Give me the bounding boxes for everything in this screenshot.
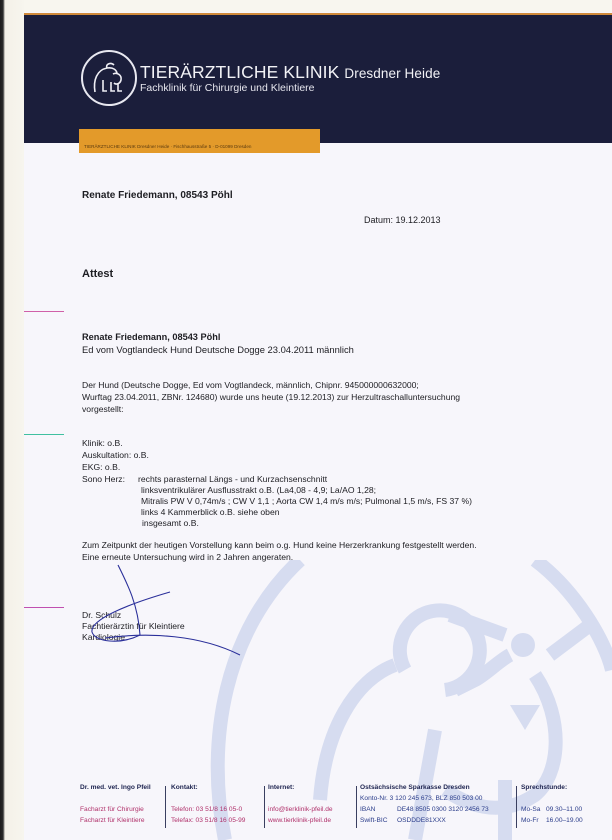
footer-bank-heading: Ostsächsische Sparkasse Dresden — [360, 784, 470, 791]
sono-line-3: Mitralis PW V 0,74m/s ; CW V 1,1 ; Aorta… — [141, 496, 472, 506]
finding-sono-label: Sono Herz: — [82, 474, 125, 484]
footer-internet-heading: Internet: — [268, 784, 294, 791]
fold-mark-top — [24, 311, 64, 312]
footer-fax: Telefax: 03 51/8 16 05-99 — [171, 817, 245, 824]
footer-bank-account: Konto-Nr. 3 120 245 673, BLZ 850 503 00 — [360, 795, 482, 802]
footer-divider — [165, 786, 166, 828]
finding-auskultation: Auskultation: o.B. — [82, 450, 149, 460]
clinic-subtitle: Fachklinik für Chirurgie und Kleintiere — [140, 82, 315, 94]
footer-divider — [356, 786, 357, 828]
footer-doctor-name: Dr. med. vet. Ingo Pfeil — [80, 784, 151, 791]
footer-hours-row2-time: 16.00–19.00 — [546, 817, 583, 824]
document-title: Attest — [82, 268, 113, 280]
punch-mark — [24, 434, 64, 435]
clinic-name-text: TIERÄRZTLICHE KLINIK — [140, 62, 339, 82]
intro-line-1: Der Hund (Deutsche Dogge, Ed vom Vogtlan… — [82, 380, 419, 390]
footer-hours-row1-time: 09.30–11.00 — [546, 806, 582, 813]
return-address-band: TIERÄRZTLICHE KLINIK Dresdner Heide · Fi… — [79, 129, 320, 153]
finding-ekg: EKG: o.B. — [82, 462, 120, 472]
footer-divider — [264, 786, 265, 828]
footer-divider — [516, 786, 517, 828]
footer-doctor-line-2: Facharzt für Kleintiere — [80, 817, 145, 824]
sono-line-1: rechts parasternal Längs - und Kurzachse… — [138, 474, 327, 484]
footer-phone: Telefon: 03 51/8 16 05-0 — [171, 806, 242, 813]
footer-doctor-line-1: Facharzt für Chirurgie — [80, 806, 144, 813]
sono-line-2: linksventrikulärer Ausflusstrakt o.B. (L… — [141, 485, 376, 495]
return-address: TIERÄRZTLICHE KLINIK Dresdner Heide · Fi… — [84, 144, 251, 149]
subject-owner: Renate Friedemann, 08543 Pöhl — [82, 332, 220, 342]
footer-hours-heading: Sprechstunde: — [521, 784, 567, 791]
document-date: Datum: 19.12.2013 — [364, 215, 441, 225]
footer-hours-row1-days: Mo-Sa — [521, 806, 540, 813]
footer-contact-heading: Kontakt: — [171, 784, 198, 791]
intro-line-2: Wurftag 23.04.2011, ZBNr. 124680) wurde … — [82, 392, 460, 402]
clinic-location: Dresdner Heide — [344, 66, 440, 81]
clinic-name: TIERÄRZTLICHE KLINIK Dresdner Heide — [140, 62, 440, 83]
sono-line-4: links 4 Kammerblick o.B. siehe oben — [141, 507, 280, 517]
scan-left-edge — [0, 0, 24, 840]
sono-line-5: insgesamt o.B. — [142, 518, 199, 528]
footer-hours-row2-days: Mo-Fr — [521, 817, 539, 824]
handwritten-signature — [80, 560, 250, 660]
finding-klinik: Klinik: o.B. — [82, 438, 123, 448]
dog-and-cat-logo-icon — [81, 50, 137, 106]
footer-iban: DE48 8505 0300 3120 2456 73 — [397, 806, 489, 813]
footer-bic-label: Swift-BIC — [360, 817, 387, 824]
footer-email-link[interactable]: info@tierklinik-pfeil.de — [268, 806, 333, 813]
intro-line-3: vorgestellt: — [82, 404, 124, 414]
footer-bic: OSDDDE81XXX — [397, 817, 446, 824]
recipient-address: Renate Friedemann, 08543 Pöhl — [82, 190, 233, 201]
subject-patient: Ed vom Vogtlandeck Hund Deutsche Dogge 2… — [82, 344, 354, 355]
footer-iban-label: IBAN — [360, 806, 375, 813]
conclusion-line-1: Zum Zeitpunkt der heutigen Vorstellung k… — [82, 540, 477, 550]
fold-mark-bottom — [24, 607, 64, 608]
footer-website-link[interactable]: www.tierklinik-pfeil.de — [268, 817, 331, 824]
